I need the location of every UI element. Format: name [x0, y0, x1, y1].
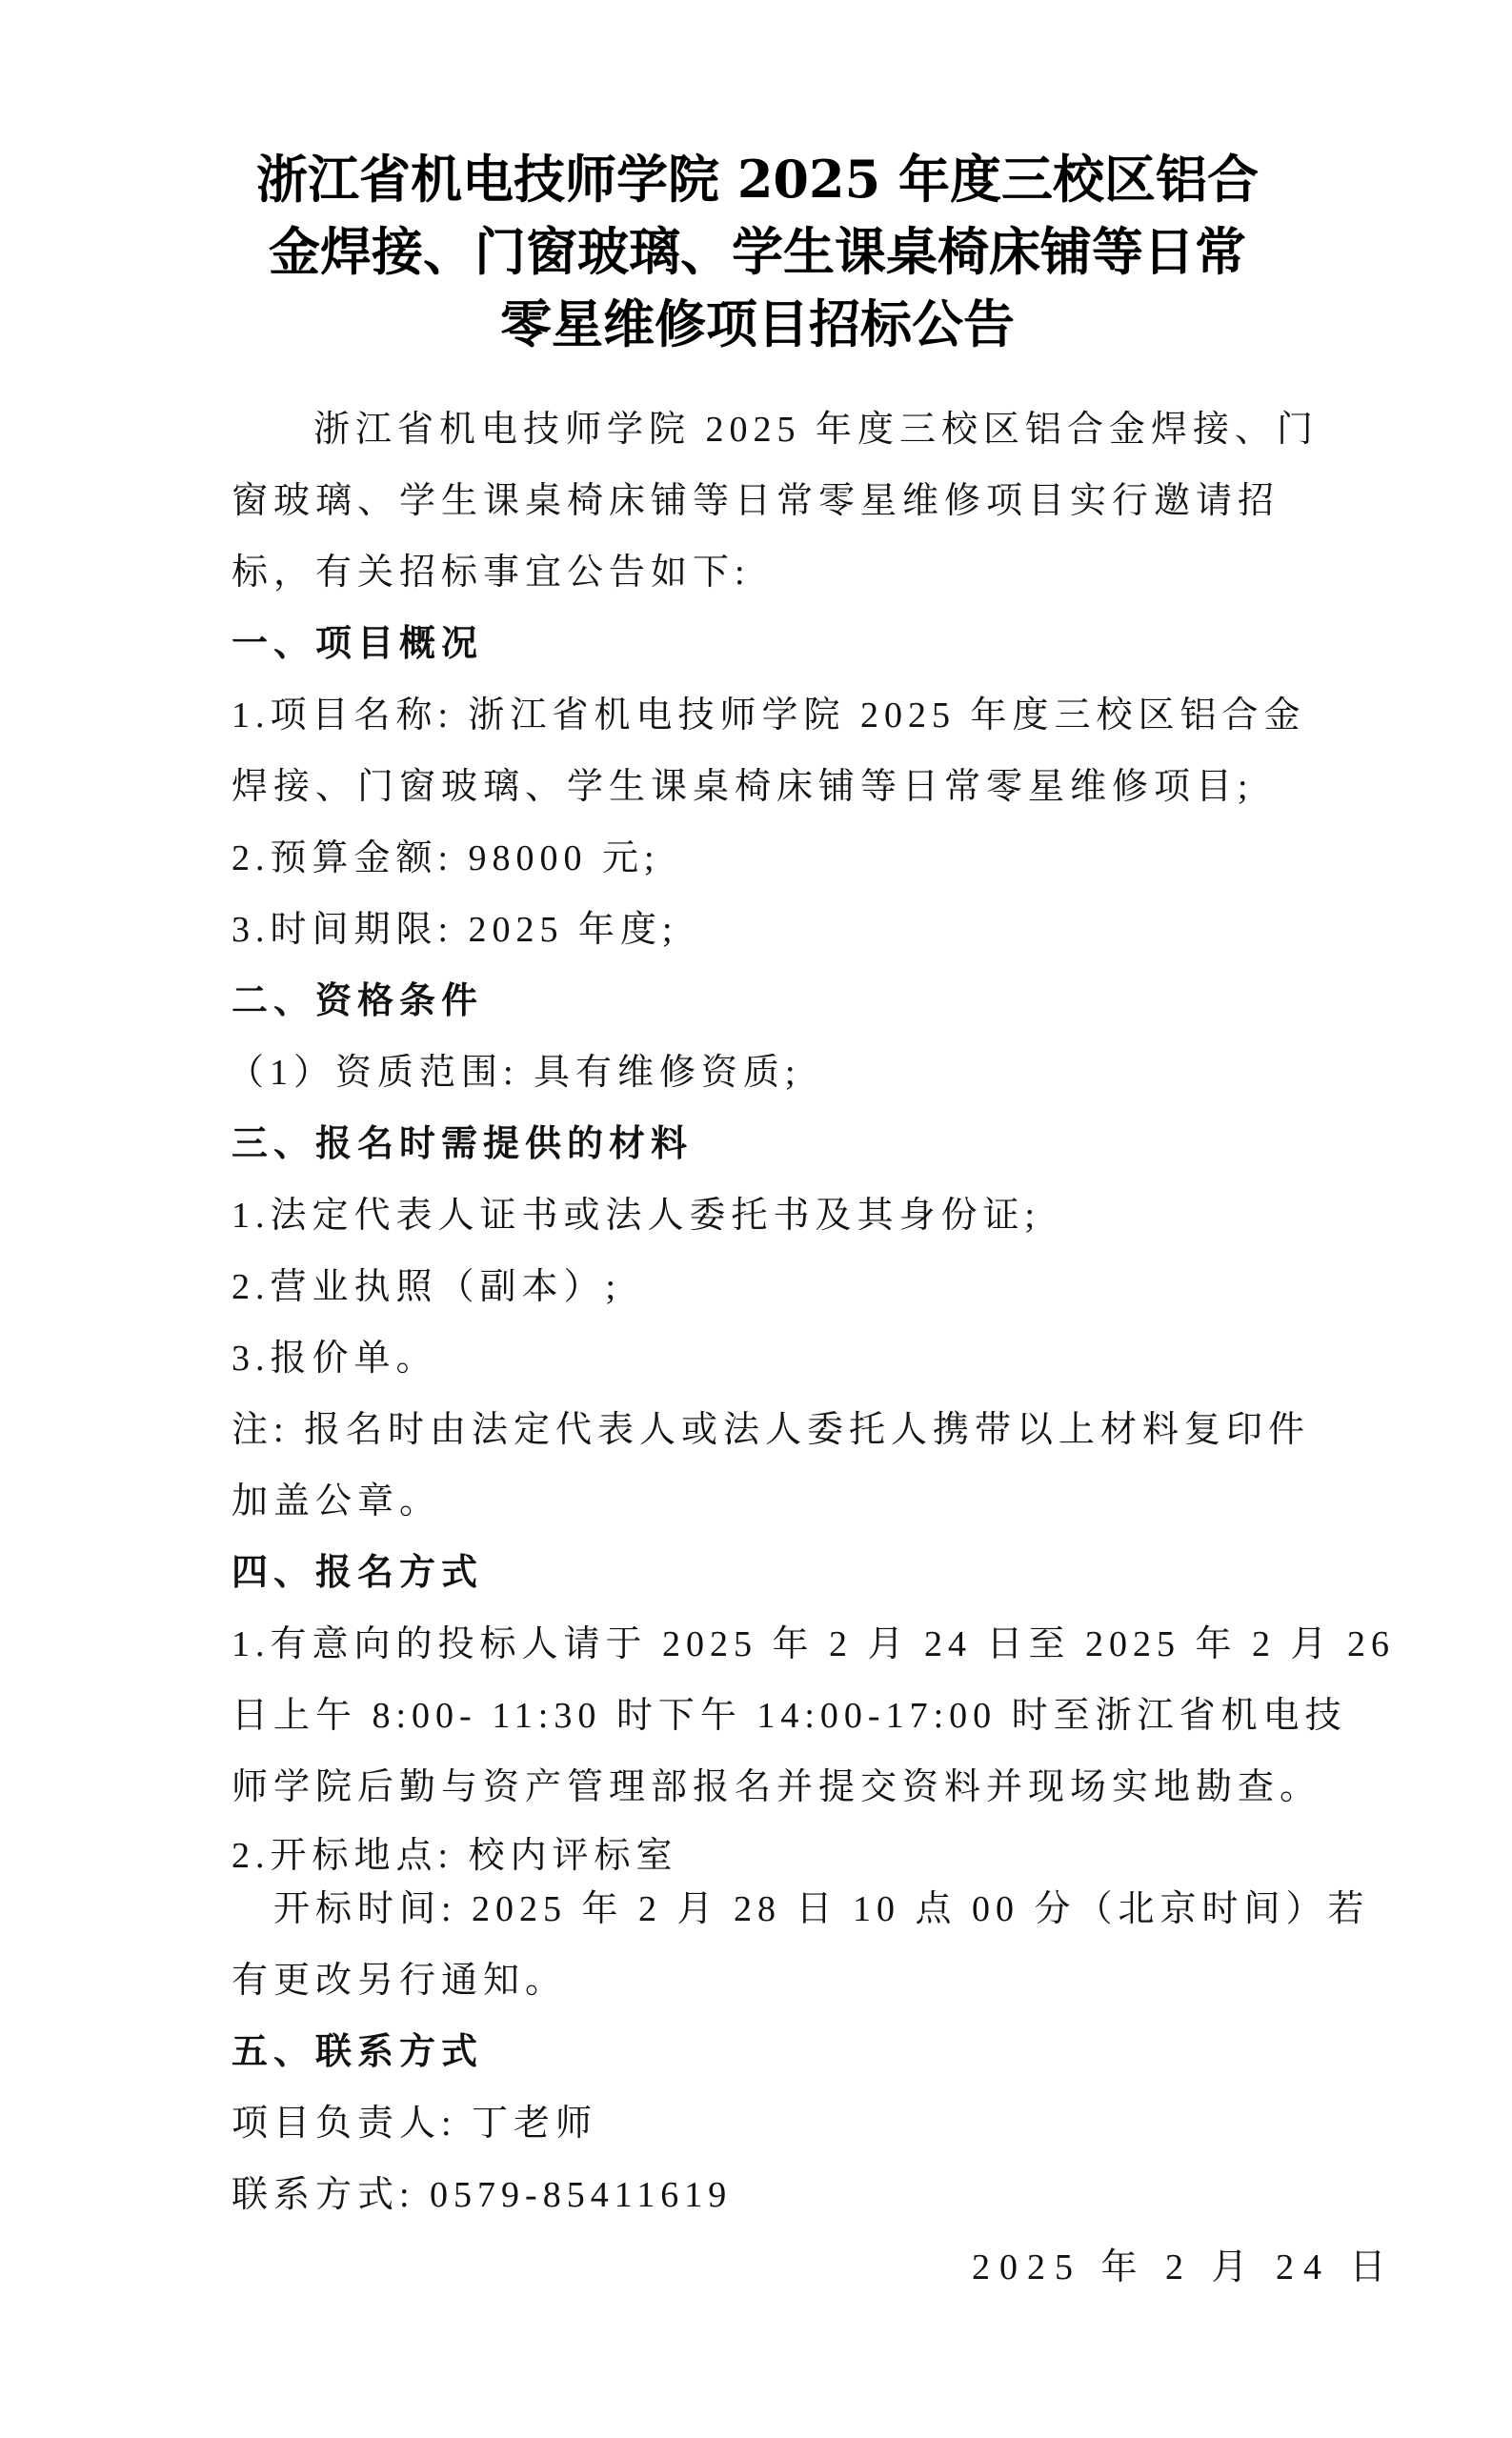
intro-line-3: 标，有关招标事宜公告如下:: [232, 551, 751, 594]
material-item-3: 3.报价单。: [232, 1337, 438, 1380]
materials-note-line-2: 加盖公章。: [232, 1480, 441, 1523]
bid-opening-time-line-2: 有更改另行通知。: [232, 1959, 567, 2003]
contact-phone: 联系方式: 0579-85411619: [232, 2173, 732, 2217]
section-heading-required-materials: 三、报名时需提供的材料: [232, 1122, 693, 1166]
section-heading-contact: 五、联系方式: [232, 2030, 483, 2074]
registration-line-2: 日上午 8:00- 11:30 时下午 14:00-17:00 时至浙江省机电技: [232, 1694, 1347, 1738]
registration-line-3: 师学院后勤与资产管理部报名并提交资料并现场实地勘查。: [232, 1765, 1321, 1809]
project-name-line-2: 焊接、门窗玻璃、学生课桌椅床铺等日常零星维修项目;: [232, 765, 1254, 809]
intro-line-1: 浙江省机电技师学院 2025 年度三校区铝合金焊接、门: [313, 408, 1319, 452]
bid-opening-location: 2.开标地点: 校内评标室: [232, 1834, 678, 1878]
section-heading-registration: 四、报名方式: [232, 1551, 483, 1595]
document-title: 浙江省机电技师学院 2025 年度三校区铝合 金焊接、门窗玻璃、学生课桌椅床铺等…: [219, 143, 1296, 360]
document-date: 2025 年 2 月 24 日: [972, 2246, 1396, 2289]
title-line-1: 浙江省机电技师学院 2025 年度三校区铝合: [219, 143, 1296, 215]
bid-opening-time-line-1: 开标时间: 2025 年 2 月 28 日 10 点 00 分（北京时间）若: [273, 1887, 1370, 1931]
title-line-2: 金焊接、门窗玻璃、学生课桌椅床铺等日常: [219, 215, 1296, 288]
material-item-1: 1.法定代表人证书或法人委托书及其身份证;: [232, 1194, 1040, 1238]
contact-person: 项目负责人: 丁老师: [232, 2102, 597, 2146]
document-page: 浙江省机电技师学院 2025 年度三校区铝合 金焊接、门窗玻璃、学生课桌椅床铺等…: [0, 0, 1512, 2438]
materials-note-line-1: 注: 报名时由法定代表人或法人委托人携带以上材料复印件: [232, 1408, 1310, 1452]
section-heading-project-overview: 一、项目概况: [232, 622, 483, 666]
title-line-3: 零星维修项目招标公告: [219, 288, 1296, 360]
time-limit: 3.时间期限: 2025 年度;: [232, 908, 678, 952]
intro-line-2: 窗玻璃、学生课桌椅床铺等日常零星维修项目实行邀请招: [232, 479, 1280, 523]
budget-amount: 2.预算金额: 98000 元;: [232, 836, 660, 880]
project-name-line-1: 1.项目名称: 浙江省机电技师学院 2025 年度三校区铝合金: [232, 694, 1306, 737]
section-heading-qualifications: 二、资格条件: [232, 979, 483, 1023]
material-item-2: 2.营业执照（副本）;: [232, 1265, 621, 1309]
registration-line-1: 1.有意向的投标人请于 2025 年 2 月 24 日至 2025 年 2 月 …: [232, 1622, 1395, 1666]
qualification-scope: （1）资质范围: 具有维修资质;: [228, 1051, 801, 1095]
